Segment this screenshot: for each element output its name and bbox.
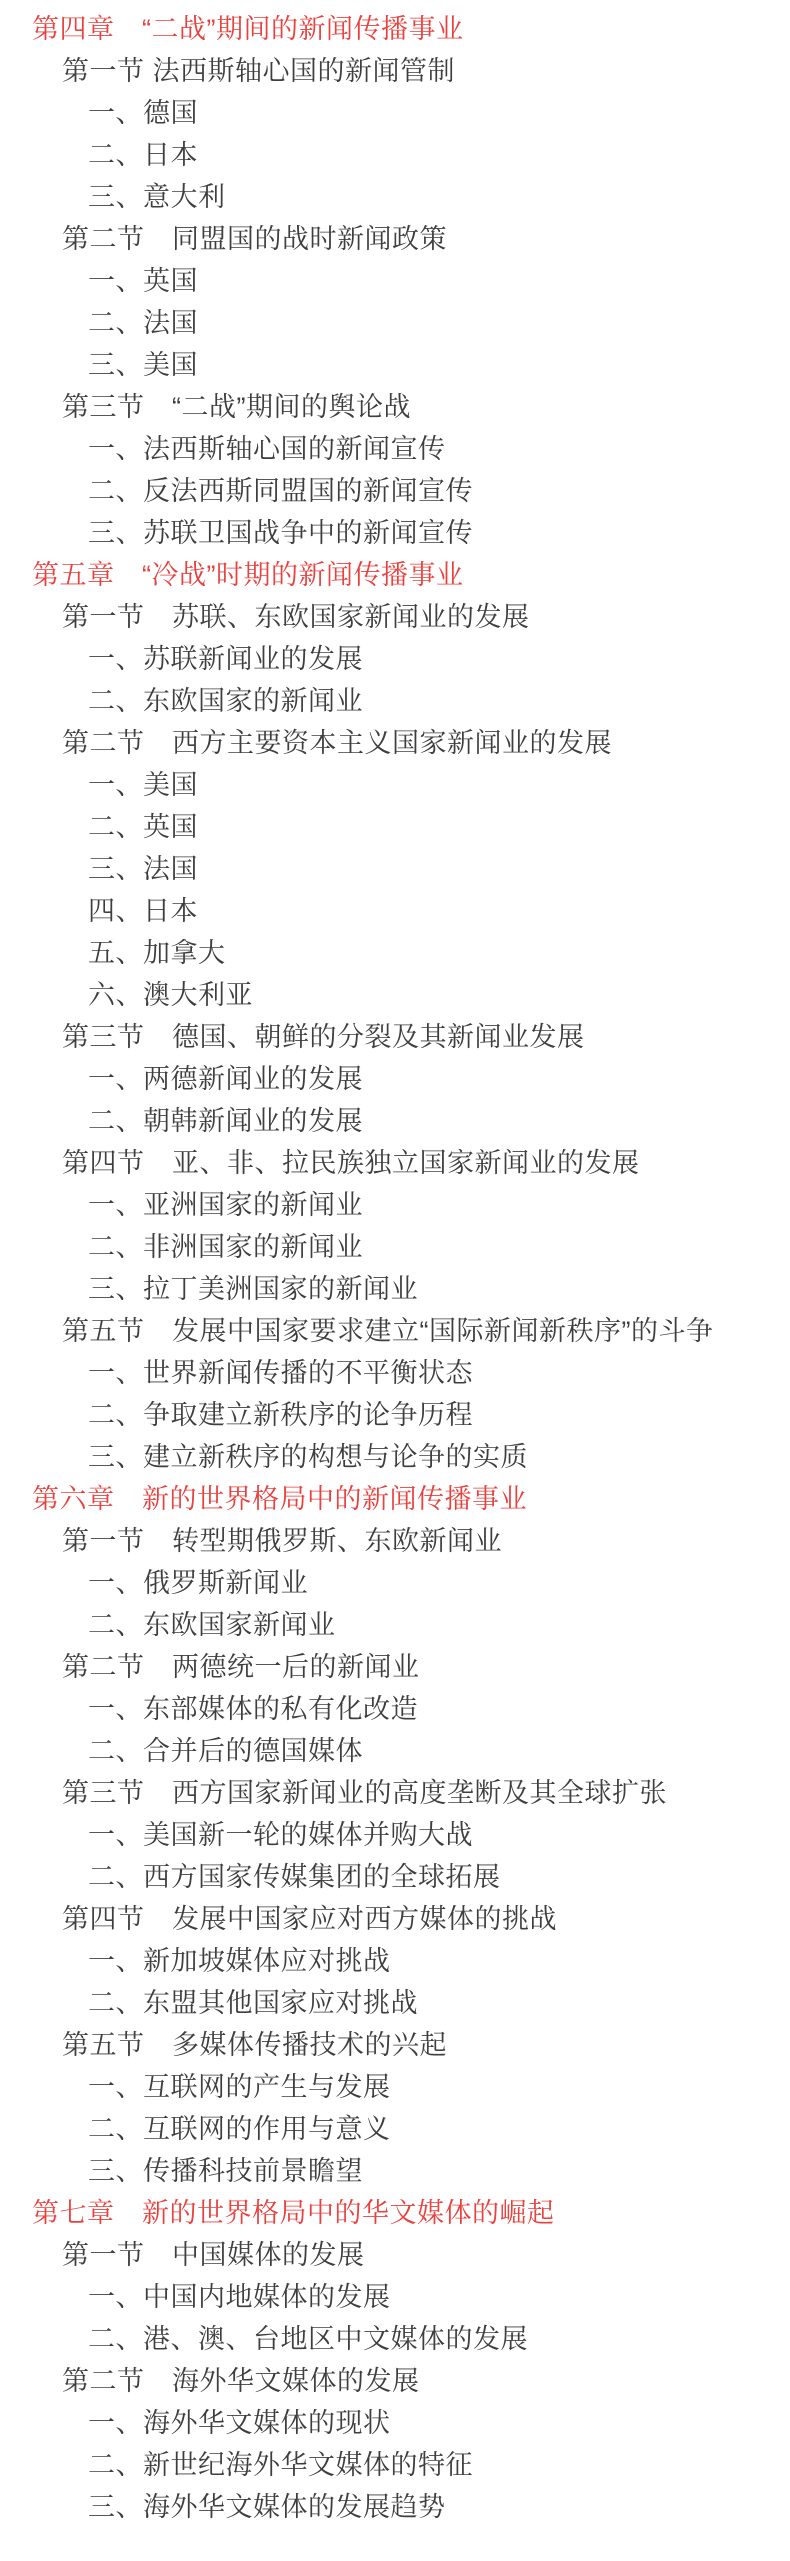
toc-subitem: 一、世界新闻传播的不平衡状态 [0,1352,790,1394]
toc-subitem: 一、东部媒体的私有化改造 [0,1688,790,1730]
toc-subitem: 五、加拿大 [0,932,790,974]
toc-subitem: 二、互联网的作用与意义 [0,2108,790,2150]
chapter-title: 第七章 新的世界格局中的华文媒体的崛起 [0,2192,790,2234]
toc-subitem: 二、法国 [0,302,790,344]
section-title: 第五节 发展中国家要求建立“国际新闻新秩序”的斗争 [0,1310,790,1352]
section-title: 第三节 西方国家新闻业的高度垄断及其全球扩张 [0,1772,790,1814]
section-title: 第三节 “二战”期间的舆论战 [0,386,790,428]
toc-subitem: 三、建立新秩序的构想与论争的实质 [0,1436,790,1478]
toc-subitem: 三、法国 [0,848,790,890]
chapter-title: 第四章 “二战”期间的新闻传播事业 [0,8,790,50]
toc-subitem: 一、法西斯轴心国的新闻宣传 [0,428,790,470]
toc-subitem: 三、美国 [0,344,790,386]
section-title: 第四节 发展中国家应对西方媒体的挑战 [0,1898,790,1940]
section-title: 第五节 多媒体传播技术的兴起 [0,2024,790,2066]
section-title: 第二节 海外华文媒体的发展 [0,2360,790,2402]
toc-subitem: 一、中国内地媒体的发展 [0,2276,790,2318]
toc-subitem: 三、拉丁美洲国家的新闻业 [0,1268,790,1310]
section-title: 第一节 苏联、东欧国家新闻业的发展 [0,596,790,638]
section-title: 第三节 德国、朝鲜的分裂及其新闻业发展 [0,1016,790,1058]
toc-subitem: 三、传播科技前景瞻望 [0,2150,790,2192]
toc-subitem: 二、争取建立新秩序的论争历程 [0,1394,790,1436]
toc-subitem: 一、互联网的产生与发展 [0,2066,790,2108]
toc-subitem: 二、东盟其他国家应对挑战 [0,1982,790,2024]
section-title: 第一节 法西斯轴心国的新闻管制 [0,50,790,92]
toc-subitem: 二、东欧国家新闻业 [0,1604,790,1646]
toc-subitem: 一、英国 [0,260,790,302]
toc-subitem: 一、亚洲国家的新闻业 [0,1184,790,1226]
toc-subitem: 二、合并后的德国媒体 [0,1730,790,1772]
toc-subitem: 一、新加坡媒体应对挑战 [0,1940,790,1982]
section-title: 第一节 中国媒体的发展 [0,2234,790,2276]
chapter-title: 第五章 “冷战”时期的新闻传播事业 [0,554,790,596]
toc-subitem: 一、美国 [0,764,790,806]
toc-subitem: 二、东欧国家的新闻业 [0,680,790,722]
section-title: 第四节 亚、非、拉民族独立国家新闻业的发展 [0,1142,790,1184]
toc-subitem: 二、英国 [0,806,790,848]
section-title: 第二节 同盟国的战时新闻政策 [0,218,790,260]
toc-subitem: 二、非洲国家的新闻业 [0,1226,790,1268]
toc-subitem: 三、意大利 [0,176,790,218]
toc-subitem: 二、反法西斯同盟国的新闻宣传 [0,470,790,512]
toc-subitem: 一、两德新闻业的发展 [0,1058,790,1100]
toc-subitem: 二、日本 [0,134,790,176]
toc-subitem: 三、苏联卫国战争中的新闻宣传 [0,512,790,554]
toc-subitem: 一、美国新一轮的媒体并购大战 [0,1814,790,1856]
toc-subitem: 二、朝韩新闻业的发展 [0,1100,790,1142]
toc-subitem: 一、俄罗斯新闻业 [0,1562,790,1604]
table-of-contents: 第四章 “二战”期间的新闻传播事业第一节 法西斯轴心国的新闻管制一、德国二、日本… [0,0,790,2528]
toc-subitem: 二、港、澳、台地区中文媒体的发展 [0,2318,790,2360]
toc-subitem: 一、德国 [0,92,790,134]
section-title: 第一节 转型期俄罗斯、东欧新闻业 [0,1520,790,1562]
chapter-title: 第六章 新的世界格局中的新闻传播事业 [0,1478,790,1520]
toc-subitem: 三、海外华文媒体的发展趋势 [0,2486,790,2528]
section-title: 第二节 西方主要资本主义国家新闻业的发展 [0,722,790,764]
section-title: 第二节 两德统一后的新闻业 [0,1646,790,1688]
toc-subitem: 四、日本 [0,890,790,932]
toc-subitem: 二、新世纪海外华文媒体的特征 [0,2444,790,2486]
toc-subitem: 二、西方国家传媒集团的全球拓展 [0,1856,790,1898]
toc-subitem: 一、海外华文媒体的现状 [0,2402,790,2444]
toc-subitem: 六、澳大利亚 [0,974,790,1016]
toc-subitem: 一、苏联新闻业的发展 [0,638,790,680]
